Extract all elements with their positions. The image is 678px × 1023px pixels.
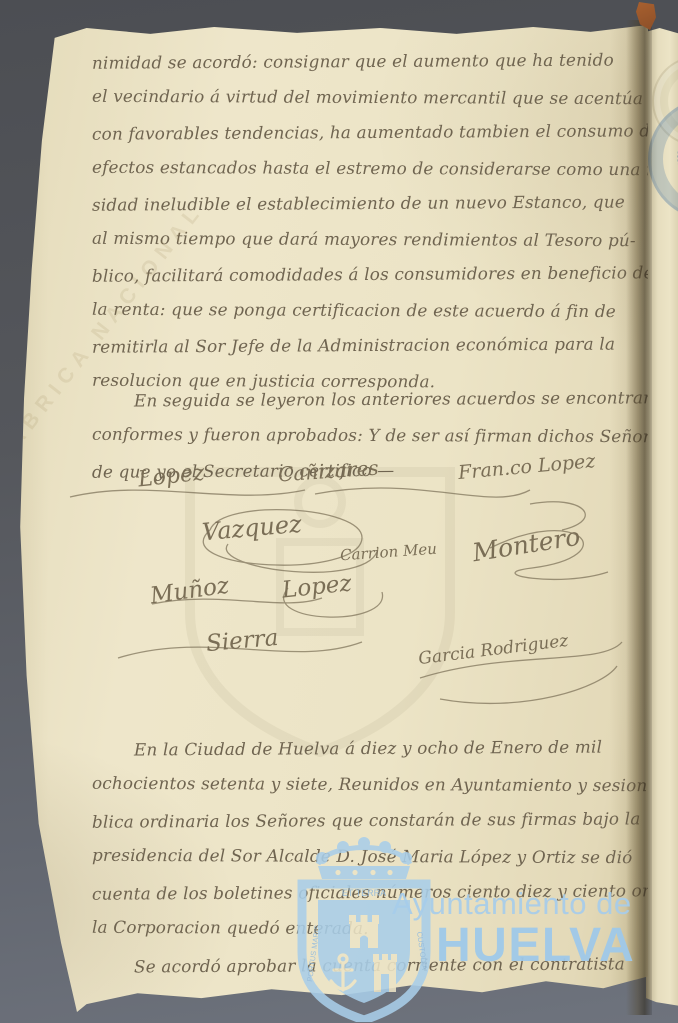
text-line: remitirla al Sor Jefe de la Administraci… xyxy=(92,326,648,365)
scanned-document-page: FABRICA NACIONAL nimidad se acordó: cons… xyxy=(0,0,678,1023)
text-line: blico, facilitará comodidades á los cons… xyxy=(92,255,648,294)
text-line: conformes y fueron aprobados: Y de ser a… xyxy=(92,416,648,454)
page-gutter-shadow xyxy=(626,20,652,1015)
text-line: la renta: que se ponga certificacion de … xyxy=(92,291,648,329)
text-line: con favorables tendencias, ha aumentado … xyxy=(92,113,648,152)
watermark-text-huelva: HUELVA xyxy=(436,918,635,973)
text-line: el vecindario á virtud del movimiento me… xyxy=(92,78,648,116)
text-line: En seguida se leyeron los anteriores acu… xyxy=(92,380,648,419)
huelva-coat-of-arms-icon: ET TERRA PORTUS MARIS CUSTODIA xyxy=(288,832,440,1022)
text-line: nimidad se acordó: consignar que el aume… xyxy=(92,42,648,81)
svg-text:ET TERRA: ET TERRA xyxy=(342,888,386,898)
text-line: ochocientos setenta y siete, Reunidos en… xyxy=(92,765,648,803)
text-line: En la Ciudad de Huelva á diez y ocho de … xyxy=(92,728,648,767)
watermark-text-ayuntamiento: Ayuntamiento de xyxy=(392,886,632,922)
text-line: efectos estancados hasta el estremo de c… xyxy=(92,149,648,187)
